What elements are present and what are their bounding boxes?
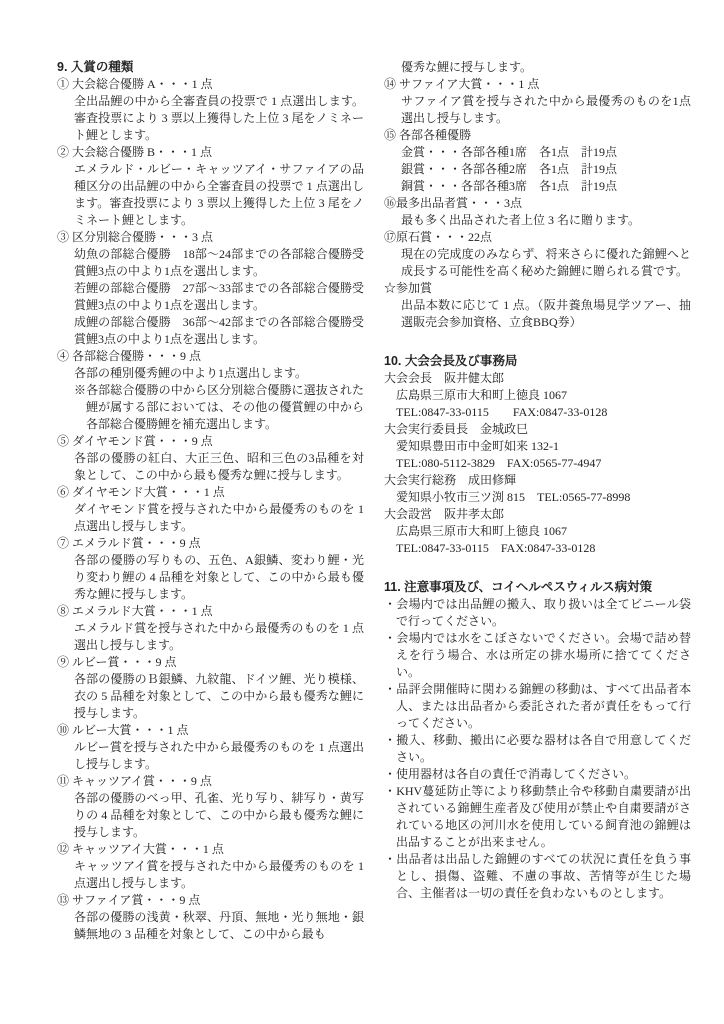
award-item-text: 幼魚の部総合優勝 18部～24部までの各部総合優勝受賞鯉3点の中より1点を選出し… xyxy=(57,246,364,280)
notice-item: ・KHV蔓延防止等により移動禁止令や移動自粛要請が出されている錦鯉生産者及び使用… xyxy=(384,783,691,851)
left-column: 9. 入賞の種類① 大会総合優勝 A・・・1 点全出品鯉の中から全審査員の投票で… xyxy=(57,59,364,943)
notice-item: ・品評会開催時に関わる錦鯉の移動は、すべて出品者本人、または出品者から委託された… xyxy=(384,681,691,732)
award-item-heading: ⑫ キャッツアイ大賞・・・1 点 xyxy=(57,841,364,858)
contact-line: 大会実行委員長 金城政巳 xyxy=(384,421,691,438)
notice-item: ・出品者は出品した錦鯉のすべての状況に責任を負う事とし、損傷、盗難、不慮の事故、… xyxy=(384,851,691,902)
award-item-text: 銅賞・・・各部各種3席 各1点 計19点 xyxy=(384,178,691,195)
award-item-heading: ⑮ 各部各種優勝 xyxy=(384,127,691,144)
contact-line: 広島県三原市大和町上徳良 1067 xyxy=(384,387,691,404)
section-heading: 11. 注意事項及び、コイヘルペスウィルス病対策 xyxy=(384,579,691,596)
award-item-text: 全出品鯉の中から全審査員の投票で 1 点選出します。審査投票により 3 票以上獲… xyxy=(57,93,364,144)
award-item-heading: ⑨ ルビー賞・・・9 点 xyxy=(57,654,364,671)
award-item-text: ダイヤモンド賞を授与された中から最優秀のものを 1 点選出し授与します。 xyxy=(57,501,364,535)
contact-line: TEL:080-5112-3829 FAX:0565-77-4947 xyxy=(384,455,691,472)
section-heading: 9. 入賞の種類 xyxy=(57,59,364,76)
award-item-text: 各部の優勝の紅白、大正三色、昭和三色の3品種を対象として、この中から最も優秀な鯉… xyxy=(57,450,364,484)
award-item-heading: ⑤ ダイヤモンド賞・・・9 点 xyxy=(57,433,364,450)
award-item-text: 最も多く出品された者上位 3 名に贈ります。 xyxy=(384,212,691,229)
contact-line: TEL:0847-33-0115 FAX:0847-33-0128 xyxy=(384,404,691,421)
award-item-text: 出品本数に応じて 1 点。（阪井養魚場見学ツアー、抽選販売会参加資格、立食BBQ… xyxy=(384,297,691,331)
document-page: 9. 入賞の種類① 大会総合優勝 A・・・1 点全出品鯉の中から全審査員の投票で… xyxy=(0,0,724,1024)
award-item-text: 成鯉の部総合優勝 36部～42部までの各部総合優勝受賞鯉3点の中より1点を選出し… xyxy=(57,314,364,348)
section-heading: 10. 大会会長及び事務局 xyxy=(384,353,691,370)
award-item-text: 若鯉の部総合優勝 27部～33部までの各部総合優勝受賞鯉3点の中より1点を選出し… xyxy=(57,280,364,314)
notice-item: ・会場内では水をこぼさないでください。会場で詰め替えを行う場合、水は所定の排水場… xyxy=(384,630,691,681)
award-item-heading: ⑦ エメラルド賞・・・9 点 xyxy=(57,535,364,552)
award-item-heading: ⑯最多出品者賞・・・3点 xyxy=(384,195,691,212)
continued-text: 優秀な鯉に授与します。 xyxy=(384,59,691,76)
notice-item: ・使用器材は各自の責任で消毒してください。 xyxy=(384,766,691,783)
award-item-heading: ⑰原石賞・・・22点 xyxy=(384,229,691,246)
award-item-text: 金賞・・・各部各種1席 各1点 計19点 xyxy=(384,144,691,161)
award-item-heading: ① 大会総合優勝 A・・・1 点 xyxy=(57,76,364,93)
award-item-heading: ⑩ ルビー大賞・・・1 点 xyxy=(57,722,364,739)
award-item-text: 各部の種別優秀鯉の中より1点選出します。 xyxy=(57,365,364,382)
notice-item: ・会場内では出品鯉の搬入、取り扱いは全てビニール袋で行ってください。 xyxy=(384,596,691,630)
award-item-text: 各部の優勝の浅黄・秋翠、丹頂、無地・光り無地・銀鱗無地の 3 品種を対象として、… xyxy=(57,909,364,943)
award-item-heading: ☆参加賞 xyxy=(384,280,691,297)
contact-line: 大会設営 阪井孝太郎 xyxy=(384,506,691,523)
award-item-text: エメラルド賞を授与された中から最優秀のものを 1 点選出し授与します。 xyxy=(57,620,364,654)
contact-line: 愛知県小牧市三ツ渕 815 TEL:0565-77-8998 xyxy=(384,489,691,506)
award-item-heading: ⑧ エメラルド大賞・・・1 点 xyxy=(57,603,364,620)
contact-line: 大会実行総務 成田修輝 xyxy=(384,472,691,489)
contact-line: TEL:0847-33-0115 FAX:0847-33-0128 xyxy=(384,540,691,557)
award-item-text: ルビー賞を授与された中から最優秀のものを 1 点選出し授与します。 xyxy=(57,739,364,773)
award-item-heading: ④ 各部総合優勝・・・9 点 xyxy=(57,348,364,365)
award-item-text: 各部の優勝のＢ銀鱗、九紋龍、ドイツ鯉、光り模様、衣の 5 品種を対象として、この… xyxy=(57,671,364,722)
award-item-text: 各部の優勝の写りもの、五色、A銀鱗、変わり鯉・光り変わり鯉の 4 品種を対象とし… xyxy=(57,552,364,603)
contact-line: 大会会長 阪井健太郎 xyxy=(384,370,691,387)
award-item-text: 銀賞・・・各部各種2席 各1点 計19点 xyxy=(384,161,691,178)
award-item-text: キャッツアイ賞を授与された中から最優秀のものを 1 点選出し授与します。 xyxy=(57,858,364,892)
notice-item: ・搬入、移動、搬出に必要な器材は各自で用意してください。 xyxy=(384,732,691,766)
award-item-heading: ③ 区分別総合優勝・・・3 点 xyxy=(57,229,364,246)
award-item-text: 現在の完成度のみならず、将来さらに優れた錦鯉へと成長する可能性を高く秘めた錦鯉に… xyxy=(384,246,691,280)
award-item-text: ※各部総合優勝の中から区分別総合優勝に選抜された鯉が属する部においては、その他の… xyxy=(57,382,364,433)
contact-line: 愛知県豊田市中金町如来 132-1 xyxy=(384,438,691,455)
award-item-heading: ⑥ ダイヤモンド大賞・・・1 点 xyxy=(57,484,364,501)
right-column: 優秀な鯉に授与します。⑭ サファイア大賞・・・1 点サファイア賞を授与された中か… xyxy=(384,59,691,902)
award-item-heading: ⑬ サファイア賞・・・9 点 xyxy=(57,892,364,909)
contact-line: 広島県三原市大和町上徳良 1067 xyxy=(384,523,691,540)
award-item-heading: ⑭ サファイア大賞・・・1 点 xyxy=(384,76,691,93)
award-item-text: サファイア賞を授与された中から最優秀のものを1点選出し授与します。 xyxy=(384,93,691,127)
award-item-text: 各部の優勝のべっ甲、孔雀、光り写り、緋写り・黄写りの 4 品種を対象として、この… xyxy=(57,790,364,841)
award-item-heading: ② 大会総合優勝 B・・・1 点 xyxy=(57,144,364,161)
award-item-heading: ⑪ キャッツアイ賞・・・9 点 xyxy=(57,773,364,790)
award-item-text: エメラルド・ルビー・キャッツアイ・サファイアの品種区分の出品鯉の中から全審査員の… xyxy=(57,161,364,229)
